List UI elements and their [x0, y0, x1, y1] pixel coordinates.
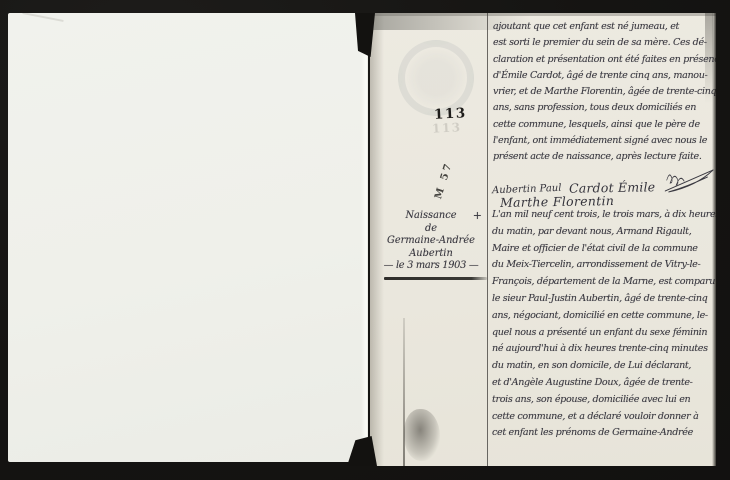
page-edge-highlight: [361, 13, 368, 462]
birth-act-text: L'an mil neuf cent trois, le trois mars,…: [492, 207, 716, 442]
signatures-row: Aubertin Paul Cardot Émile: [492, 165, 714, 195]
margin-note-date: — le 3 mars 1903 —: [378, 260, 484, 273]
left-page-blank: [8, 13, 368, 462]
handwriting-line: ajoutant que cet enfant est né jumeau, e…: [493, 19, 716, 35]
act-closing-text: ajoutant que cet enfant est né jumeau, e…: [493, 19, 716, 166]
page-edge-shadow: [712, 13, 716, 466]
handwriting-line: François, département de la Marne, est c…: [492, 274, 716, 291]
handwriting-line: cet enfant les prénoms de Germaine-André…: [492, 425, 716, 442]
handwriting-line: du matin, par devant nous, Armand Rigaul…: [492, 224, 716, 241]
handwriting-line: cette commune, et a déclaré vouloir donn…: [492, 409, 716, 426]
margin-divider-line: [384, 277, 487, 280]
archive-cote-stamp: M 57: [429, 146, 459, 214]
ink-blotch: [404, 409, 440, 461]
margin-note-surname: Aubertin: [378, 248, 484, 261]
handwriting-line: le sieur Paul-Justin Aubertin, âgé de tr…: [492, 291, 716, 308]
handwriting-line: et d'Angèle Augustine Doux, âgée de tren…: [492, 375, 716, 392]
handwriting-line: trois ans, son épouse, domiciliée avec l…: [492, 392, 716, 409]
handwriting-line: du matin, en son domicile, de Lui déclar…: [492, 358, 716, 375]
handwriting-line: du Meix-Tiercelin, arrondissement de Vit…: [492, 257, 716, 274]
handwriting-line: présent acte de naissance, après lecture…: [493, 149, 716, 165]
handwriting-line: vrier, et de Marthe Florentin, âgée de t…: [493, 84, 716, 100]
margin-rule: [487, 13, 488, 466]
margin-note: Naissance + de Germaine-Andrée Aubertin …: [378, 210, 484, 273]
handwriting-line: cette commune, lesquels, ainsi que le pè…: [493, 117, 716, 133]
corner-fold-mark: [22, 13, 64, 22]
handwriting-line: quel nous a présenté un enfant du sexe f…: [492, 325, 716, 342]
margin-note-line: de: [378, 223, 484, 236]
margin-note-title: Naissance +: [378, 210, 484, 223]
handwriting-line: L'an mil neuf cent trois, le trois mars,…: [492, 207, 716, 224]
handwriting-line: d'Émile Cardot, âgé de trente cinq ans, …: [493, 68, 716, 84]
margin-note-name: Germaine-Andrée: [378, 235, 484, 248]
handwriting-line: ans, négociant, domicilié en cette commu…: [492, 308, 716, 325]
right-page-act: 113 113 M 57 Naissance + de Germaine-And…: [370, 13, 716, 466]
cross-mark-icon: +: [473, 210, 482, 223]
handwriting-line: l'enfant, ont immédiatement signé avec n…: [493, 133, 716, 149]
handwriting-line: claration et présentation ont été faites…: [493, 52, 716, 68]
handwriting-line: est sorti le premier du sein de sa mère.…: [493, 35, 716, 51]
signature-paraph-icon: [664, 165, 714, 195]
act-number-stamp-ghost: 113: [432, 120, 462, 136]
handwriting-line: ans, sans profession, tous deux domicili…: [493, 100, 716, 116]
handwriting-line: Maire et officier de l'état civil de la …: [492, 241, 716, 258]
handwriting-line: né aujourd'hui à dix heures trente-cinq …: [492, 341, 716, 358]
registry-scan: 113 113 M 57 Naissance + de Germaine-And…: [0, 0, 730, 480]
